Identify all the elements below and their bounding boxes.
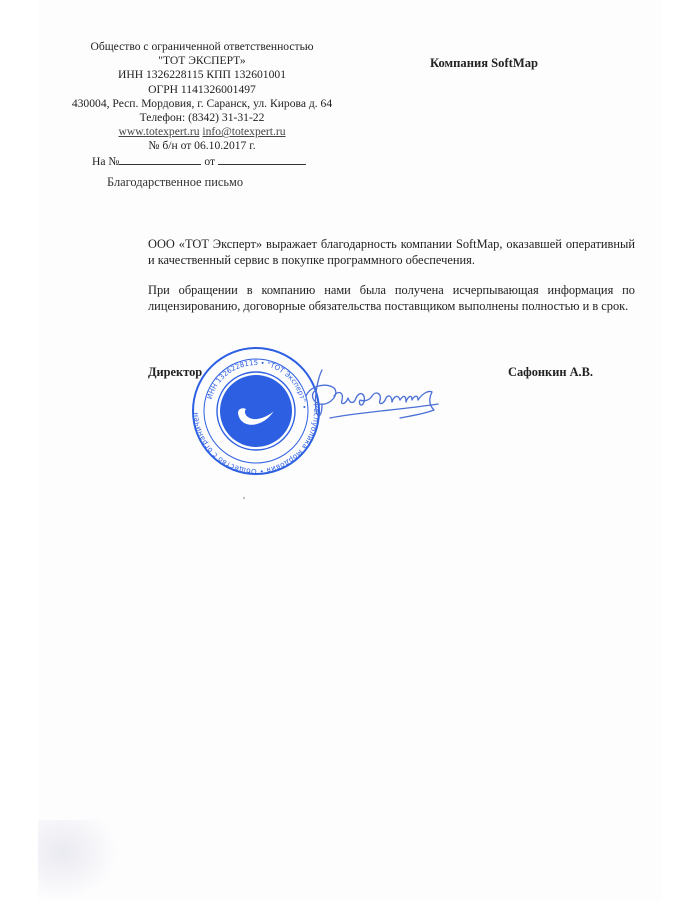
sender-phone: Телефон: (8342) 31-31-22 xyxy=(62,111,342,125)
sender-org-name: "ТОТ ЭКСПЕРТ» xyxy=(62,54,342,68)
body-paragraph: ООО «ТОТ Эксперт» выражает благодарность… xyxy=(148,236,635,268)
letter-body: ООО «ТОТ Эксперт» выражает благодарность… xyxy=(148,236,635,328)
scan-shadow xyxy=(38,820,118,900)
ref-number-blank xyxy=(119,154,201,165)
ref-date-blank xyxy=(218,154,306,165)
reference-line: На № от xyxy=(62,154,342,169)
document-title: Благодарственное письмо xyxy=(107,175,243,190)
website-link[interactable]: www.totexpert.ru xyxy=(118,125,199,138)
ref-from: от xyxy=(204,155,215,168)
sender-inn-kpp: ИНН 1326228115 КПП 132601001 xyxy=(62,68,342,82)
email-link[interactable]: info@totexpert.ru xyxy=(202,125,285,138)
recipient: Компания SoftMap xyxy=(430,56,538,71)
ref-prefix: На № xyxy=(92,155,119,168)
scan-speck xyxy=(243,497,245,499)
sender-links: www.totexpert.ru info@totexpert.ru xyxy=(62,125,342,139)
sender-ogrn: ОГРН 1141326001497 xyxy=(62,83,342,97)
signature-icon xyxy=(300,360,450,435)
sender-org-type: Общество с ограниченной ответственностью xyxy=(62,40,342,54)
body-paragraph: При обращении в компанию нами была получ… xyxy=(148,282,635,314)
sender-letterhead: Общество с ограниченной ответственностью… xyxy=(62,40,342,169)
sender-address: 430004, Респ. Мордовия, г. Саранск, ул. … xyxy=(62,97,342,111)
doc-number: № б/н от 06.10.2017 г. xyxy=(62,139,342,153)
signer-name: Сафонкин А.В. xyxy=(508,365,593,380)
